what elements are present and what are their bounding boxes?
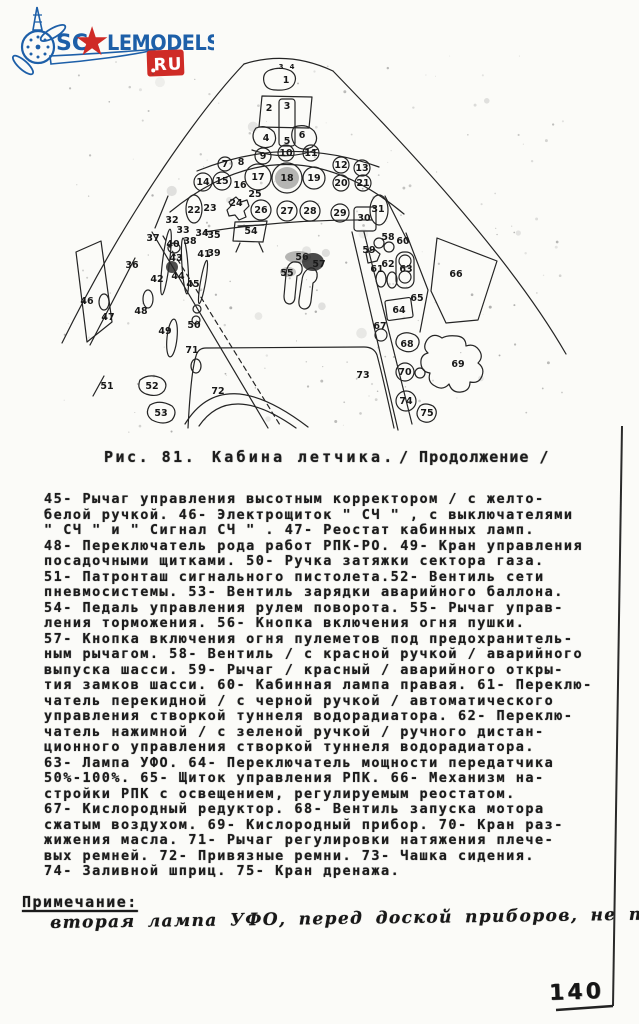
noise-dot <box>511 226 512 227</box>
legend-line: 50%-100%. 65- Щиток управления РПК. 66- … <box>44 771 624 787</box>
legend-line: белой ручкой. 46- Электрощиток " СЧ " , … <box>44 508 624 524</box>
diagram-number: 50 <box>187 320 201 331</box>
diagram-number: 36 <box>125 260 139 271</box>
noise-dot <box>552 123 554 125</box>
gauge-circle <box>396 363 414 381</box>
noise-smudge <box>516 230 521 235</box>
noise-smudge <box>167 186 177 196</box>
noise-dot <box>183 299 184 300</box>
noise-smudge <box>478 376 484 382</box>
noise-dot <box>305 313 307 315</box>
diagram-number: 16 <box>233 180 247 191</box>
noise-dot <box>327 66 328 67</box>
noise-dot <box>315 126 318 129</box>
legend-text: 45- Рычаг управления высотным корректоро… <box>44 492 624 880</box>
diagram-number: 24 <box>229 198 243 209</box>
noise-dot <box>225 373 227 375</box>
diagram-number: 20 <box>334 178 348 189</box>
noise-dot <box>322 366 323 367</box>
noise-dot <box>253 179 254 180</box>
noise-dot <box>200 288 203 291</box>
noise-dot <box>89 154 91 156</box>
noise-dot <box>377 390 379 392</box>
legend-line: стройки РПК с освещением, регулируемым р… <box>44 787 624 803</box>
gauge-circle <box>218 157 232 171</box>
legend-line: тия замков шасси. 60- Кабинная лампа пра… <box>44 678 624 694</box>
noise-dot <box>519 56 520 57</box>
noise-dot <box>460 352 461 353</box>
diagram-number: 67 <box>373 321 386 332</box>
diagram-number: 7 <box>222 159 229 170</box>
noise-smudge <box>265 416 271 422</box>
diagram-number-labels: 3412345678910111213141516171819202122232… <box>80 63 464 419</box>
noise-dot <box>266 354 268 356</box>
legend-line: 74- Заливной шприц. 75- Кран дренажа. <box>44 864 624 880</box>
diagram-number: 72 <box>211 386 224 397</box>
legend-line: жижения масла. 71- Рычаг регулировки нат… <box>44 833 624 849</box>
legend-line: 57- Кнопка включения огня пулеметов под … <box>44 632 624 648</box>
gauge-circle <box>272 163 302 193</box>
noise-dot <box>162 411 165 414</box>
noise-dot <box>561 392 563 394</box>
figure-continuation: / Продолжение / <box>399 448 549 466</box>
noise-dot <box>372 196 374 198</box>
noise-dot <box>402 317 405 320</box>
page-border-bottom <box>556 1006 613 1010</box>
noise-dot <box>514 343 516 345</box>
tld-badge: RU <box>147 49 185 76</box>
diagram-number: 2 <box>266 103 273 114</box>
noise-dot <box>371 383 373 385</box>
gauge-circle <box>333 157 349 173</box>
noise-dot <box>82 270 84 272</box>
diagram-number: 48 <box>134 306 148 317</box>
noise-dot <box>314 156 316 158</box>
noise-dot <box>386 221 387 222</box>
noise-dot <box>393 356 395 358</box>
noise-dot <box>378 174 380 176</box>
diagram-number: 3 <box>284 101 291 112</box>
noise-dot <box>523 144 524 145</box>
noise-dot <box>86 277 88 279</box>
noise-dot <box>313 70 315 72</box>
diagram-number: 22 <box>187 205 200 216</box>
noise-dot <box>343 401 345 403</box>
cockpit-linework <box>62 58 566 430</box>
diagram-number: 44 <box>171 271 185 282</box>
noise-dot <box>545 139 548 142</box>
noise-dot <box>139 425 142 428</box>
noise-dot <box>127 322 129 324</box>
noise-dot <box>274 181 275 182</box>
diagram-number: 52 <box>145 381 158 392</box>
diagram-number: 51 <box>100 381 113 392</box>
noise-dot <box>229 162 232 165</box>
noise-dot <box>391 150 392 151</box>
diagram-number: 28 <box>303 206 317 217</box>
noise-dot <box>320 380 323 383</box>
gauge-circle <box>194 173 212 191</box>
diagram-number: 38 <box>183 236 197 247</box>
noise-dot <box>196 320 197 321</box>
noise-dot <box>375 398 378 401</box>
noise-dot <box>108 101 110 103</box>
legend-line: чатель перекидной / с черной ручкой / ав… <box>44 694 624 710</box>
noise-dot <box>200 290 202 292</box>
noise-dot <box>518 134 520 136</box>
noise-dot <box>357 377 359 379</box>
noise-dot <box>482 74 484 76</box>
noise-dot <box>68 323 69 324</box>
noise-dot <box>535 218 538 221</box>
noise-dot <box>304 150 306 152</box>
noise-dot <box>326 122 327 123</box>
noise-dot <box>542 388 544 390</box>
noise-dot <box>316 289 318 291</box>
diagram-number: 34 <box>195 228 209 239</box>
noise-dot <box>489 306 492 309</box>
noise-dot <box>343 90 346 93</box>
noise-dot <box>496 234 497 235</box>
noise-dot <box>499 354 501 356</box>
noise-dot <box>258 219 260 221</box>
diagram-number: 74 <box>399 396 413 407</box>
diagram-number: 68 <box>400 339 414 350</box>
noise-dot <box>494 193 496 195</box>
gauge-circle <box>354 160 370 176</box>
noise-dot <box>307 385 309 387</box>
noise-dot <box>525 412 527 414</box>
diagram-number: 29 <box>333 208 346 219</box>
legend-line: ционного управления створкой туннеля вод… <box>44 740 624 756</box>
noise-dot <box>289 277 291 279</box>
diagram-number: 14 <box>196 177 210 188</box>
diagram-number: 4 <box>263 133 270 144</box>
diagram-number: 42 <box>150 274 163 285</box>
diagram-number: 17 <box>251 172 264 183</box>
noise-dot <box>435 302 436 303</box>
diagram-number: 3 <box>279 63 284 71</box>
noise-dot <box>435 76 436 77</box>
noise-smudge <box>255 312 263 320</box>
scan-noise <box>64 56 564 433</box>
noise-dot <box>436 171 437 172</box>
noise-dot <box>268 183 270 185</box>
legend-line: сжатым воздухом. 69- Кислородный прибор.… <box>44 818 624 834</box>
noise-dot <box>402 187 405 190</box>
noise-smudge <box>356 328 367 339</box>
noise-dot <box>397 139 398 140</box>
noise-dot <box>142 303 144 305</box>
noise-dot <box>531 160 533 162</box>
diagram-number: 70 <box>398 367 412 378</box>
noise-dot <box>362 188 364 190</box>
diagram-number: 15 <box>215 176 228 187</box>
noise-smudge <box>358 229 368 239</box>
noise-dot <box>229 281 231 283</box>
noise-dot <box>309 286 311 288</box>
noise-dot <box>456 398 457 399</box>
noise-dot <box>88 337 90 339</box>
noise-dot <box>377 346 379 348</box>
diagram-number: 1 <box>283 75 290 86</box>
legend-line: чатель нажимной / с зеленой ручкой / руч… <box>44 725 624 741</box>
noise-dot <box>243 224 244 225</box>
noise-dot <box>204 418 206 420</box>
diagram-number: 57 <box>312 259 325 270</box>
gauge-circle <box>303 145 319 161</box>
legend-line: ления торможения. 56- Кнопка включения о… <box>44 616 624 632</box>
noise-dot <box>306 361 308 363</box>
noise-dot <box>556 241 559 244</box>
legend-line: 63- Лампа УФО. 64- Переключатель мощност… <box>44 756 624 772</box>
diagram-number: 58 <box>381 232 395 243</box>
diagram-number: 60 <box>396 236 410 247</box>
diagram-number: 64 <box>392 305 406 316</box>
noise-smudge <box>302 246 311 255</box>
noise-dot <box>369 396 370 397</box>
noise-dot <box>134 412 135 413</box>
legend-line: управления створкой туннеля водорадиатор… <box>44 709 624 725</box>
diagram-number: 69 <box>451 359 464 370</box>
noise-dot <box>151 194 153 196</box>
noise-dot <box>206 222 208 224</box>
noise-smudge <box>322 249 330 257</box>
noise-dot <box>562 120 564 122</box>
noise-dot <box>128 431 129 432</box>
noise-dot <box>229 306 232 309</box>
noise-dot <box>543 275 544 276</box>
diagram-number: 66 <box>449 269 463 280</box>
noise-dot <box>277 245 278 246</box>
diagram-number: 49 <box>158 326 171 337</box>
noise-dot <box>315 311 317 313</box>
noise-smudge <box>318 302 326 310</box>
diagram-number: 62 <box>381 259 394 270</box>
noise-dot <box>524 252 526 254</box>
noise-smudge <box>226 197 232 203</box>
note-heading: Примечание: <box>22 893 138 911</box>
noise-dot <box>249 132 252 135</box>
noise-dot <box>384 356 386 358</box>
noise-dot <box>412 106 414 108</box>
noise-dot <box>178 178 179 179</box>
noise-dot <box>264 367 266 369</box>
legend-line: " СЧ " и " Сигнал СЧ " . 47- Реостат каб… <box>44 523 624 539</box>
noise-dot <box>405 386 406 387</box>
noise-dot <box>471 293 474 296</box>
diagram-number: 19 <box>307 173 320 184</box>
gauge-circle <box>255 148 271 164</box>
noise-dot <box>407 403 408 404</box>
legend-line: 45- Рычаг управления высотным корректоро… <box>44 492 624 508</box>
diagram-number: 25 <box>248 189 261 200</box>
scanned-page: { "logo": { "brand_left": "SC", "star": … <box>0 0 639 1024</box>
figure-title: Кабина летчика. <box>212 448 395 466</box>
legend-line: 67- Кислородный редуктор. 68- Вентиль за… <box>44 802 624 818</box>
diagram-number: 56 <box>295 252 309 263</box>
noise-dot <box>297 82 299 84</box>
diagram-number: 8 <box>238 157 245 168</box>
noise-dot <box>483 314 484 315</box>
diagram-number: 32 <box>165 215 178 226</box>
noise-dot <box>255 387 256 388</box>
gauge-circle <box>278 145 294 161</box>
diagram-number: 73 <box>356 370 369 381</box>
gauge-circle <box>300 201 320 221</box>
noise-dot <box>226 375 227 376</box>
diagram-number: 53 <box>154 408 167 419</box>
noise-dot <box>110 292 111 293</box>
noise-dot <box>266 121 267 122</box>
gauge-circle <box>251 200 271 220</box>
gauge-circle <box>277 201 297 221</box>
noise-dot <box>392 283 394 285</box>
diagram-number: 37 <box>146 233 159 244</box>
svg-text:RU: RU <box>153 54 183 75</box>
diagram-number: 6 <box>299 130 306 141</box>
diagram-number: 43 <box>169 253 182 264</box>
star-icon: ★ <box>74 19 110 65</box>
gauge-circle <box>355 175 371 191</box>
noise-dot <box>215 294 217 296</box>
diagram-number: 71 <box>185 345 198 356</box>
noise-dot <box>359 412 362 415</box>
noise-dot <box>432 380 434 382</box>
noise-dot <box>362 224 365 227</box>
scalemodels-logo: SC ★ LEMODELS RU <box>4 2 214 86</box>
noise-dot <box>481 203 483 205</box>
noise-smudge <box>248 122 258 132</box>
diagram-number: 47 <box>101 312 114 323</box>
legend-line: ным рычагом. 58- Вентиль / с красной руч… <box>44 647 624 663</box>
noise-dot <box>387 67 389 69</box>
figure-number: Рис. 81. <box>104 448 196 466</box>
noise-dot <box>388 283 391 286</box>
noise-dot <box>64 334 66 336</box>
legend-line: 48- Переключатель рода работ РПК-РО. 49-… <box>44 539 624 555</box>
noise-dot <box>208 93 210 95</box>
diagram-number: 65 <box>410 293 423 304</box>
noise-dot <box>555 246 558 249</box>
diagram-number: 40 <box>166 239 180 250</box>
noise-dot <box>152 375 155 378</box>
diagram-number: 35 <box>207 230 220 241</box>
noise-dot <box>425 74 426 75</box>
noise-dot <box>133 159 134 160</box>
diagram-number: 4 <box>290 63 295 71</box>
noise-dot <box>400 214 402 216</box>
noise-dot <box>224 324 226 326</box>
noise-dot <box>164 346 165 347</box>
noise-dot <box>88 195 89 196</box>
noise-dot <box>137 383 139 385</box>
noise-dot <box>318 203 319 204</box>
noise-dot <box>162 251 164 253</box>
noise-dot <box>474 104 477 107</box>
noise-dot <box>536 292 537 293</box>
legend-line: 51- Патронташ сигнального пистолета.52- … <box>44 570 624 586</box>
gauge-circle <box>213 172 231 190</box>
noise-dot <box>203 166 204 167</box>
noise-dot <box>206 159 208 161</box>
noise-dot <box>356 378 358 380</box>
noise-dot <box>200 153 202 155</box>
diagram-number: 63 <box>399 264 412 275</box>
noise-dot <box>257 104 260 107</box>
noise-dot <box>343 425 344 426</box>
noise-dot <box>513 304 515 306</box>
noise-dot <box>64 400 65 401</box>
gauge-circle <box>331 204 349 222</box>
gauge-circle <box>396 391 416 411</box>
noise-dot <box>218 102 219 103</box>
diagram-number: 26 <box>254 205 268 216</box>
legend-line: 54- Педаль управления рулем поворота. 55… <box>44 601 624 617</box>
noise-dot <box>139 88 142 91</box>
noise-dot <box>449 56 450 57</box>
diagram-number: 9 <box>260 151 267 162</box>
diagram-number: 21 <box>356 178 369 189</box>
diagram-number: 75 <box>420 408 433 419</box>
noise-dot <box>422 251 423 252</box>
diagram-number: 45 <box>186 279 199 290</box>
noise-dot <box>148 254 149 255</box>
noise-dot <box>142 120 144 122</box>
legend-line: вых ремней. 72- Привязные ремни. 73- Чаш… <box>44 849 624 865</box>
gauge-circle <box>245 164 271 190</box>
legend-line: пневмосистемы. 53- Вентиль зарядки авари… <box>44 585 624 601</box>
noise-dot <box>76 184 77 185</box>
noise-dot <box>351 134 353 136</box>
gauge-circle <box>303 167 325 189</box>
diagram-number: 10 <box>279 148 293 159</box>
noise-dot <box>306 279 307 280</box>
diagram-number: 41 <box>197 249 210 260</box>
noise-dot <box>208 225 211 228</box>
noise-dot <box>321 223 323 225</box>
diagram-number: 27 <box>280 206 293 217</box>
noise-dot <box>128 86 130 88</box>
diagram-number: 55 <box>280 268 293 279</box>
noise-dot <box>409 184 412 187</box>
diagram-number: 39 <box>207 248 220 259</box>
noise-dot <box>345 262 347 264</box>
noise-dot <box>346 361 347 362</box>
diagram-number: 12 <box>334 160 347 171</box>
diagram-number: 59 <box>362 245 375 256</box>
noise-dot <box>547 361 550 364</box>
page-number-stamp: 140 <box>549 979 605 1006</box>
noise-dot <box>438 263 440 265</box>
diagram-number: 18 <box>280 173 294 184</box>
noise-dot <box>418 400 421 403</box>
noise-dot <box>406 286 407 287</box>
diagram-number: 30 <box>357 213 371 224</box>
noise-dot <box>260 182 263 185</box>
diagram-number: 46 <box>80 296 94 307</box>
noise-dot <box>148 110 150 112</box>
diagram-number: 31 <box>371 204 384 215</box>
diagram-number: 61 <box>370 264 383 275</box>
legend-line: посадочными щитками. 50- Ручка затяжки с… <box>44 554 624 570</box>
noise-dot <box>387 162 388 163</box>
noise-dot <box>318 235 320 237</box>
noise-dot <box>467 134 469 136</box>
gauge-circle <box>333 175 349 191</box>
noise-dot <box>171 431 173 433</box>
legend-line: выпуска шасси. 59- Рычаг / красный / ава… <box>44 663 624 679</box>
